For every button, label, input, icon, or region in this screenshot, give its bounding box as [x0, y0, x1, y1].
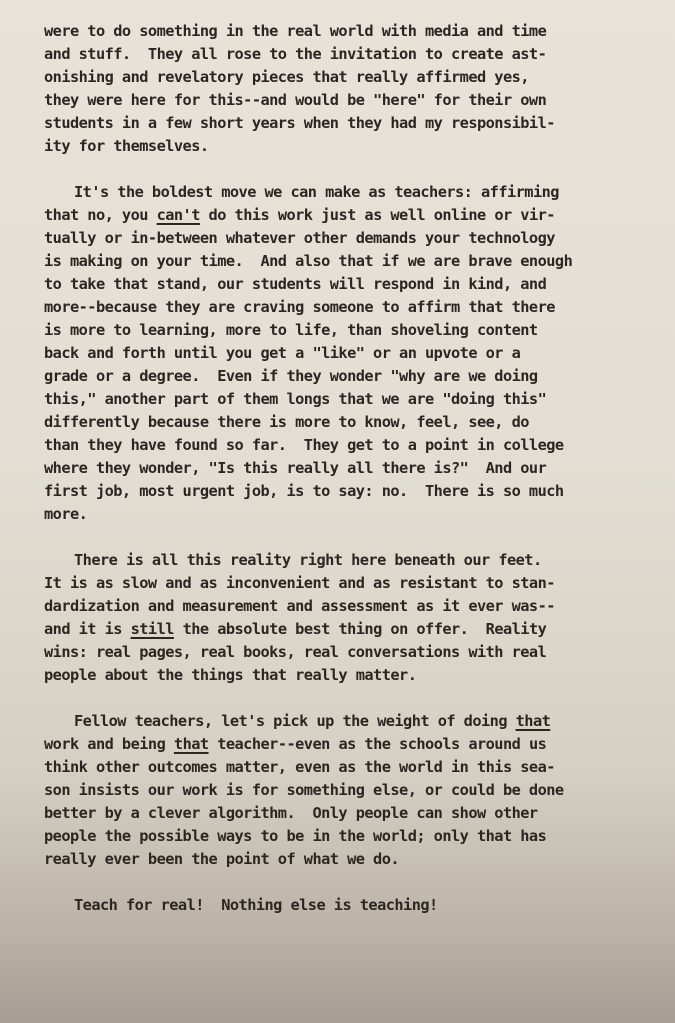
text-line: people about the things that really matt…	[44, 664, 674, 687]
text-line: son insists our work is for something el…	[44, 779, 674, 802]
typewritten-page: were to do something in the real world w…	[44, 20, 674, 940]
paragraph: Teach for real! Nothing else is teaching…	[44, 894, 674, 917]
text-line: It's the boldest move we can make as tea…	[44, 181, 674, 204]
text-line: where they wonder, "Is this really all t…	[44, 457, 674, 480]
text-line: onishing and revelatory pieces that real…	[44, 66, 674, 89]
underlined-word: that	[174, 735, 209, 753]
text-line: that no, you can't do this work just as …	[44, 204, 674, 227]
text-line: better by a clever algorithm. Only peopl…	[44, 802, 674, 825]
underlined-word: can't	[157, 206, 200, 224]
paragraph: It's the boldest move we can make as tea…	[44, 181, 674, 526]
text-line: back and forth until you get a "like" or…	[44, 342, 674, 365]
text-line: differently because there is more to kno…	[44, 411, 674, 434]
text-line: this," another part of them longs that w…	[44, 388, 674, 411]
paragraph: were to do something in the real world w…	[44, 20, 674, 158]
text-line: to take that stand, our students will re…	[44, 273, 674, 296]
text-line: first job, most urgent job, is to say: n…	[44, 480, 674, 503]
text-line: There is all this reality right here ben…	[44, 549, 674, 572]
text-line: Teach for real! Nothing else is teaching…	[44, 894, 674, 917]
text-line: wins: real pages, real books, real conve…	[44, 641, 674, 664]
text-line: is more to learning, more to life, than …	[44, 319, 674, 342]
text-line: tually or in-between whatever other dema…	[44, 227, 674, 250]
text-line: more.	[44, 503, 674, 526]
underlined-word: still	[131, 620, 174, 638]
text-line: ity for themselves.	[44, 135, 674, 158]
text-line: and it is still the absolute best thing …	[44, 618, 674, 641]
paragraph: Fellow teachers, let's pick up the weigh…	[44, 710, 674, 871]
text-line: work and being that teacher--even as the…	[44, 733, 674, 756]
text-line: than they have found so far. They get to…	[44, 434, 674, 457]
text-line: more--because they are craving someone t…	[44, 296, 674, 319]
text-line: think other outcomes matter, even as the…	[44, 756, 674, 779]
text-line: and stuff. They all rose to the invitati…	[44, 43, 674, 66]
text-line: people the possible ways to be in the wo…	[44, 825, 674, 848]
text-line: students in a few short years when they …	[44, 112, 674, 135]
text-line: were to do something in the real world w…	[44, 20, 674, 43]
text-line: they were here for this--and would be "h…	[44, 89, 674, 112]
paragraph: There is all this reality right here ben…	[44, 549, 674, 687]
underlined-word: that	[516, 712, 551, 730]
text-line: is making on your time. And also that if…	[44, 250, 674, 273]
text-line: It is as slow and as inconvenient and as…	[44, 572, 674, 595]
text-line: dardization and measurement and assessme…	[44, 595, 674, 618]
text-line: grade or a degree. Even if they wonder "…	[44, 365, 674, 388]
text-line: Fellow teachers, let's pick up the weigh…	[44, 710, 674, 733]
text-line: really ever been the point of what we do…	[44, 848, 674, 871]
